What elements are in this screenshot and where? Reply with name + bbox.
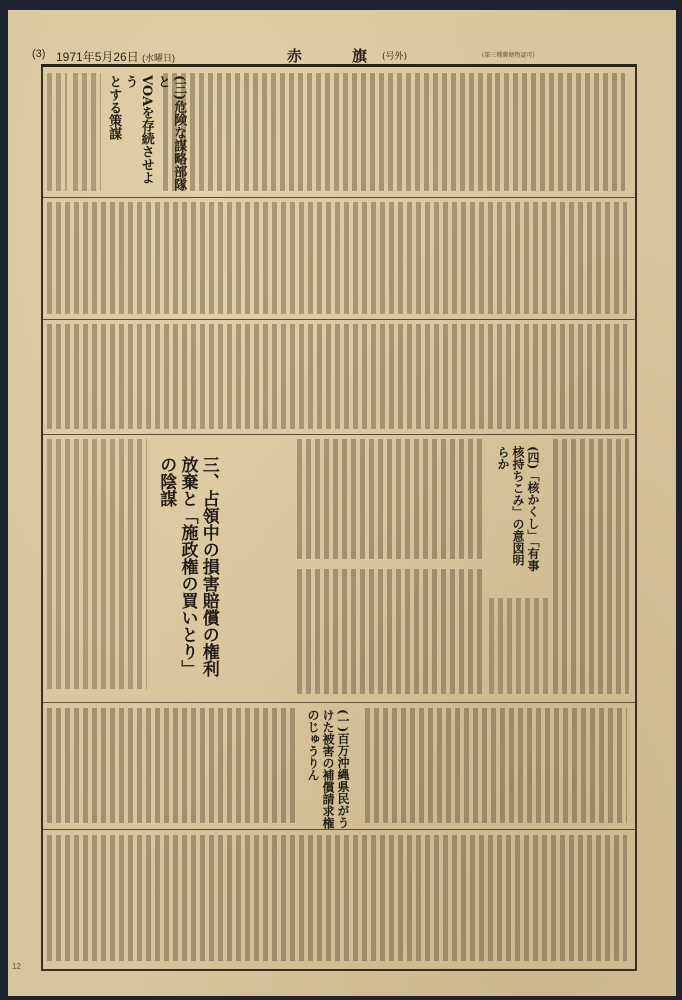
issue-date: 1971年5月26日 (水曜日) xyxy=(56,48,175,65)
body-text xyxy=(553,439,629,694)
body-text xyxy=(297,439,483,559)
band-1: (三)危険な謀略部隊と VOAを存続させよう とする策謀 xyxy=(43,67,635,198)
body-text xyxy=(495,73,625,191)
body-text xyxy=(73,73,101,191)
body-text xyxy=(365,708,627,823)
weekday: (水曜日) xyxy=(142,53,175,63)
edition-label: (号外) xyxy=(382,49,407,62)
band-2 xyxy=(43,197,635,320)
date-text: 1971年5月26日 xyxy=(56,50,139,64)
body-text xyxy=(489,598,549,694)
body-text xyxy=(47,835,627,961)
headline-line: 三、占領中の損害賠償の権利 xyxy=(199,456,219,677)
page-header: (3) 1971年5月26日 (水曜日) 赤旗 (号外) (第三種郵便物認可) xyxy=(32,48,632,64)
headline-part-3: 三、占領中の損害賠償の権利 放棄と「施政権の買いとり」 の陰謀 xyxy=(155,456,219,716)
body-text xyxy=(47,439,147,689)
band-6 xyxy=(43,829,635,967)
article-frame: (三)危険な謀略部隊と VOAを存続させよう とする策謀 三、占領中の損害賠償の… xyxy=(41,64,637,971)
page-number: (3) xyxy=(32,48,45,60)
headline-line: 放棄と「施政権の買いとり」 xyxy=(178,456,198,677)
headline-line: (四)「核かくし」「有事 xyxy=(526,446,540,571)
body-text xyxy=(47,202,627,314)
band-3 xyxy=(43,319,635,435)
headline-line: 核持ちこみ」の意図明 xyxy=(511,446,525,566)
body-text xyxy=(47,708,297,823)
headline-line: けた被害の補償請求権 xyxy=(321,709,335,829)
headline-line: (一)百万沖縄県民がう xyxy=(336,709,350,828)
headline-line: のじゅうりん xyxy=(306,709,320,781)
band-5: (一)百万沖縄県民がう けた被害の補償請求権 のじゅうりん xyxy=(43,703,635,830)
headline-line: とする策謀 xyxy=(106,75,121,140)
body-text xyxy=(47,324,627,429)
headline-line: VOAを存続させよう xyxy=(123,75,154,184)
headline-line: の陰謀 xyxy=(156,456,176,507)
body-text xyxy=(163,73,493,191)
body-text xyxy=(297,569,483,694)
headline-subsection-1: (一)百万沖縄県民がう けた被害の補償請求権 のじゅうりん xyxy=(305,709,350,829)
postal-note: (第三種郵便物認可) xyxy=(482,50,535,59)
headline-line: らか xyxy=(496,446,510,470)
headline-section-4: (四)「核かくし」「有事 核持ちこみ」の意図明 らか xyxy=(495,446,540,596)
band-4: 三、占領中の損害賠償の権利 放棄と「施政権の買いとり」 の陰謀 (四)「核かくし… xyxy=(43,434,635,702)
body-text xyxy=(47,73,67,191)
corner-mark: 12 xyxy=(12,962,21,971)
